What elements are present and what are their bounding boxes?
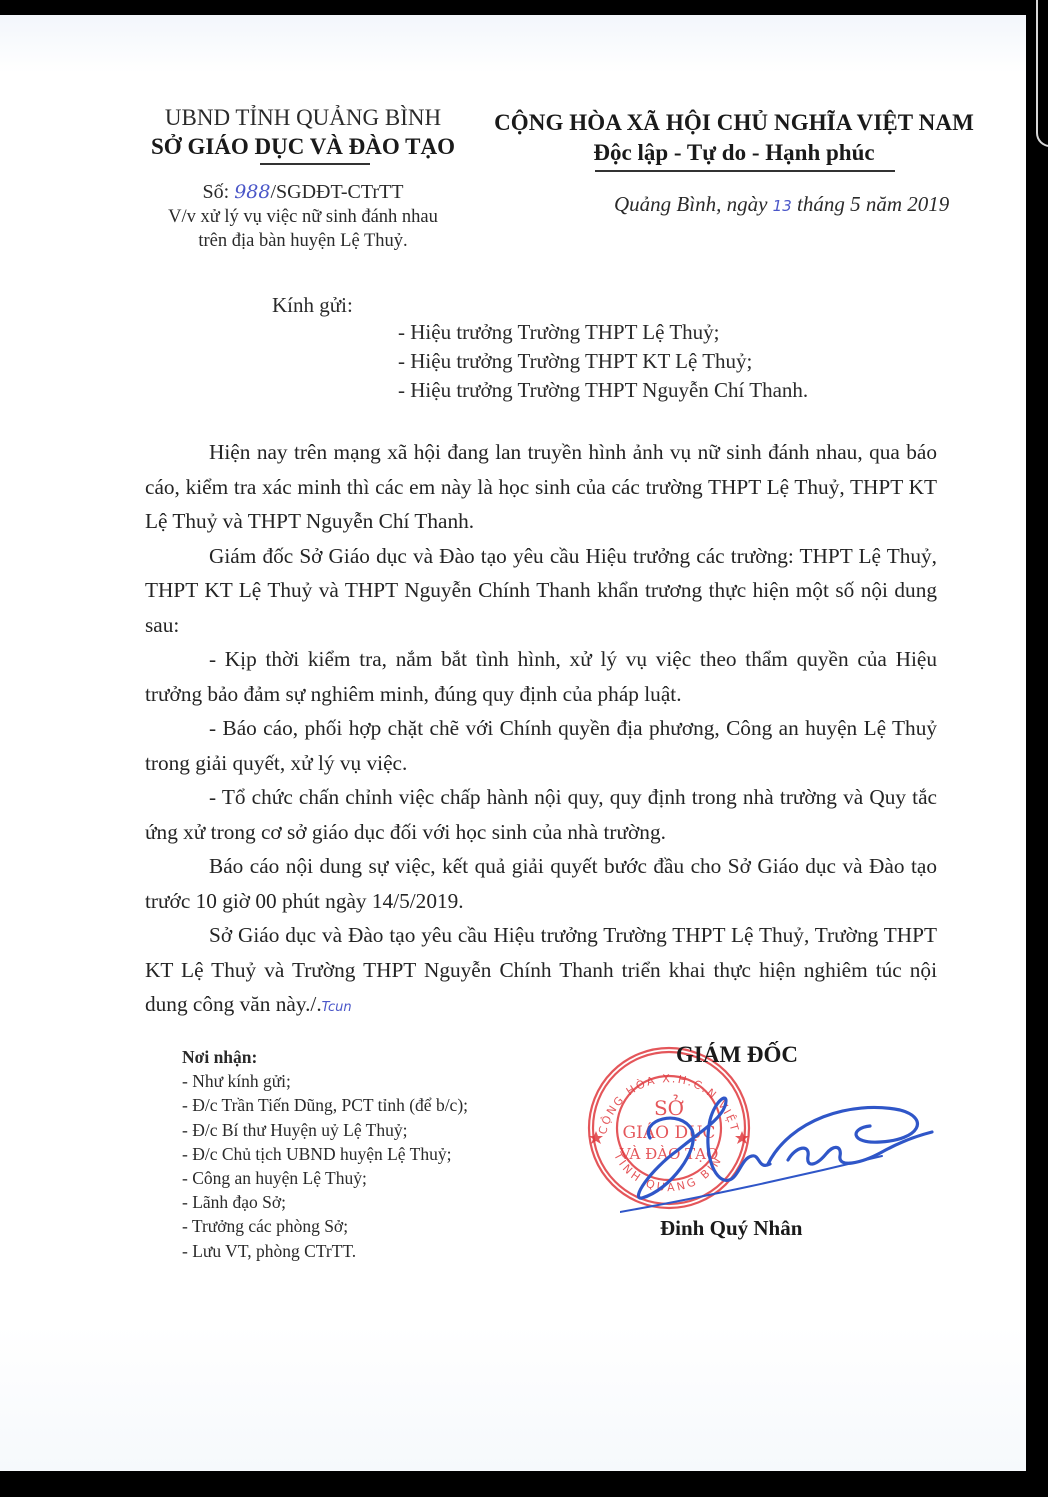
body-paragraph: - Tổ chức chấn chỉnh việc chấp hành nội … <box>145 780 937 849</box>
screen-edge-handle <box>1036 0 1048 147</box>
recipient-item: - Lãnh đạo Sở; <box>182 1190 468 1214</box>
document-number: Số: 988/SGDĐT-CTrTT <box>138 179 468 205</box>
addressee-item: - Hiệu trưởng Trường THPT Nguyễn Chí Tha… <box>398 376 808 405</box>
agency-underline <box>260 163 370 165</box>
recipients-title: Nơi nhận: <box>182 1045 468 1069</box>
signatory-title: GIÁM ĐỐC <box>676 1042 798 1068</box>
signatory-name: Đinh Quý Nhân <box>660 1216 802 1241</box>
subject-line-1: V/v xử lý vụ việc nữ sinh đánh nhau <box>138 205 468 229</box>
place-date-prefix: Quảng Bình, ngày <box>614 192 773 216</box>
doc-number-handwritten: 988 <box>234 181 270 203</box>
body-paragraph: - Kịp thời kiểm tra, nắm bắt tình hình, … <box>145 642 937 711</box>
closing-text: Sở Giáo dục và Đào tạo yêu cầu Hiệu trưở… <box>145 923 937 1016</box>
body-paragraph-closing: Sở Giáo dục và Đào tạo yêu cầu Hiệu trưở… <box>145 918 937 1026</box>
national-header-block: CỘNG HÒA XÃ HỘI CHỦ NGHĨA VIỆT NAM Độc l… <box>490 108 978 172</box>
recipient-item: - Đ/c Chủ tịch UBND huyện Lệ Thuỷ; <box>182 1142 468 1166</box>
subject-line-2: trên địa bàn huyện Lệ Thuỷ. <box>138 229 468 253</box>
handwritten-initials: Tcun <box>322 1000 352 1015</box>
doc-number-label: Số: <box>203 181 235 203</box>
issuing-agency-block: UBND TỈNH QUẢNG BÌNH SỞ GIÁO DỤC VÀ ĐÀO … <box>138 104 468 253</box>
addressee-item: - Hiệu trưởng Trường THPT KT Lệ Thuỷ; <box>398 347 808 376</box>
body-paragraph: Báo cáo nội dung sự việc, kết quả giải q… <box>145 849 937 918</box>
recipient-item: - Đ/c Trần Tiến Dũng, PCT tỉnh (để b/c); <box>182 1093 468 1117</box>
doc-number-suffix: /SGDĐT-CTrTT <box>270 181 403 203</box>
recipient-item: - Lưu VT, phòng CTrTT. <box>182 1239 468 1263</box>
document-page: UBND TỈNH QUẢNG BÌNH SỞ GIÁO DỤC VÀ ĐÀO … <box>0 15 1026 1471</box>
recipient-item: - Trưởng các phòng Sở; <box>182 1214 468 1238</box>
recipient-item: - Công an huyện Lệ Thuỷ; <box>182 1166 468 1190</box>
recipient-item: - Đ/c Bí thư Huyện uỷ Lệ Thuỷ; <box>182 1118 468 1142</box>
addressee-item: - Hiệu trưởng Trường THPT Lệ Thuỷ; <box>398 318 808 347</box>
motto-underline <box>595 170 895 172</box>
place-date: Quảng Bình, ngày 13 tháng 5 năm 2019 <box>614 192 949 217</box>
recipients-block: Nơi nhận: - Như kính gửi; - Đ/c Trần Tiế… <box>182 1045 468 1263</box>
body-paragraph: Giám đốc Sở Giáo dục và Đào tạo yêu cầu … <box>145 539 937 643</box>
recipient-item: - Như kính gửi; <box>182 1069 468 1093</box>
addressee-list: - Hiệu trưởng Trường THPT Lệ Thuỷ; - Hiệ… <box>398 318 808 405</box>
addressing-label: Kính gửi: <box>272 293 353 318</box>
body-paragraph: Hiện nay trên mạng xã hội đang lan truyề… <box>145 435 937 539</box>
letter-body: Hiện nay trên mạng xã hội đang lan truyề… <box>145 435 937 1026</box>
agency-name: SỞ GIÁO DỤC VÀ ĐÀO TẠO <box>138 132 468 162</box>
agency-parent: UBND TỈNH QUẢNG BÌNH <box>138 104 468 132</box>
nation-title: CỘNG HÒA XÃ HỘI CHỦ NGHĨA VIỆT NAM <box>490 108 978 138</box>
body-paragraph: - Báo cáo, phối hợp chặt chẽ với Chính q… <box>145 711 937 780</box>
handwritten-signature-icon <box>620 1080 940 1220</box>
national-motto: Độc lập - Tự do - Hạnh phúc <box>593 138 874 168</box>
date-day-handwritten: 13 <box>773 197 792 215</box>
place-date-suffix: tháng 5 năm 2019 <box>792 192 950 216</box>
